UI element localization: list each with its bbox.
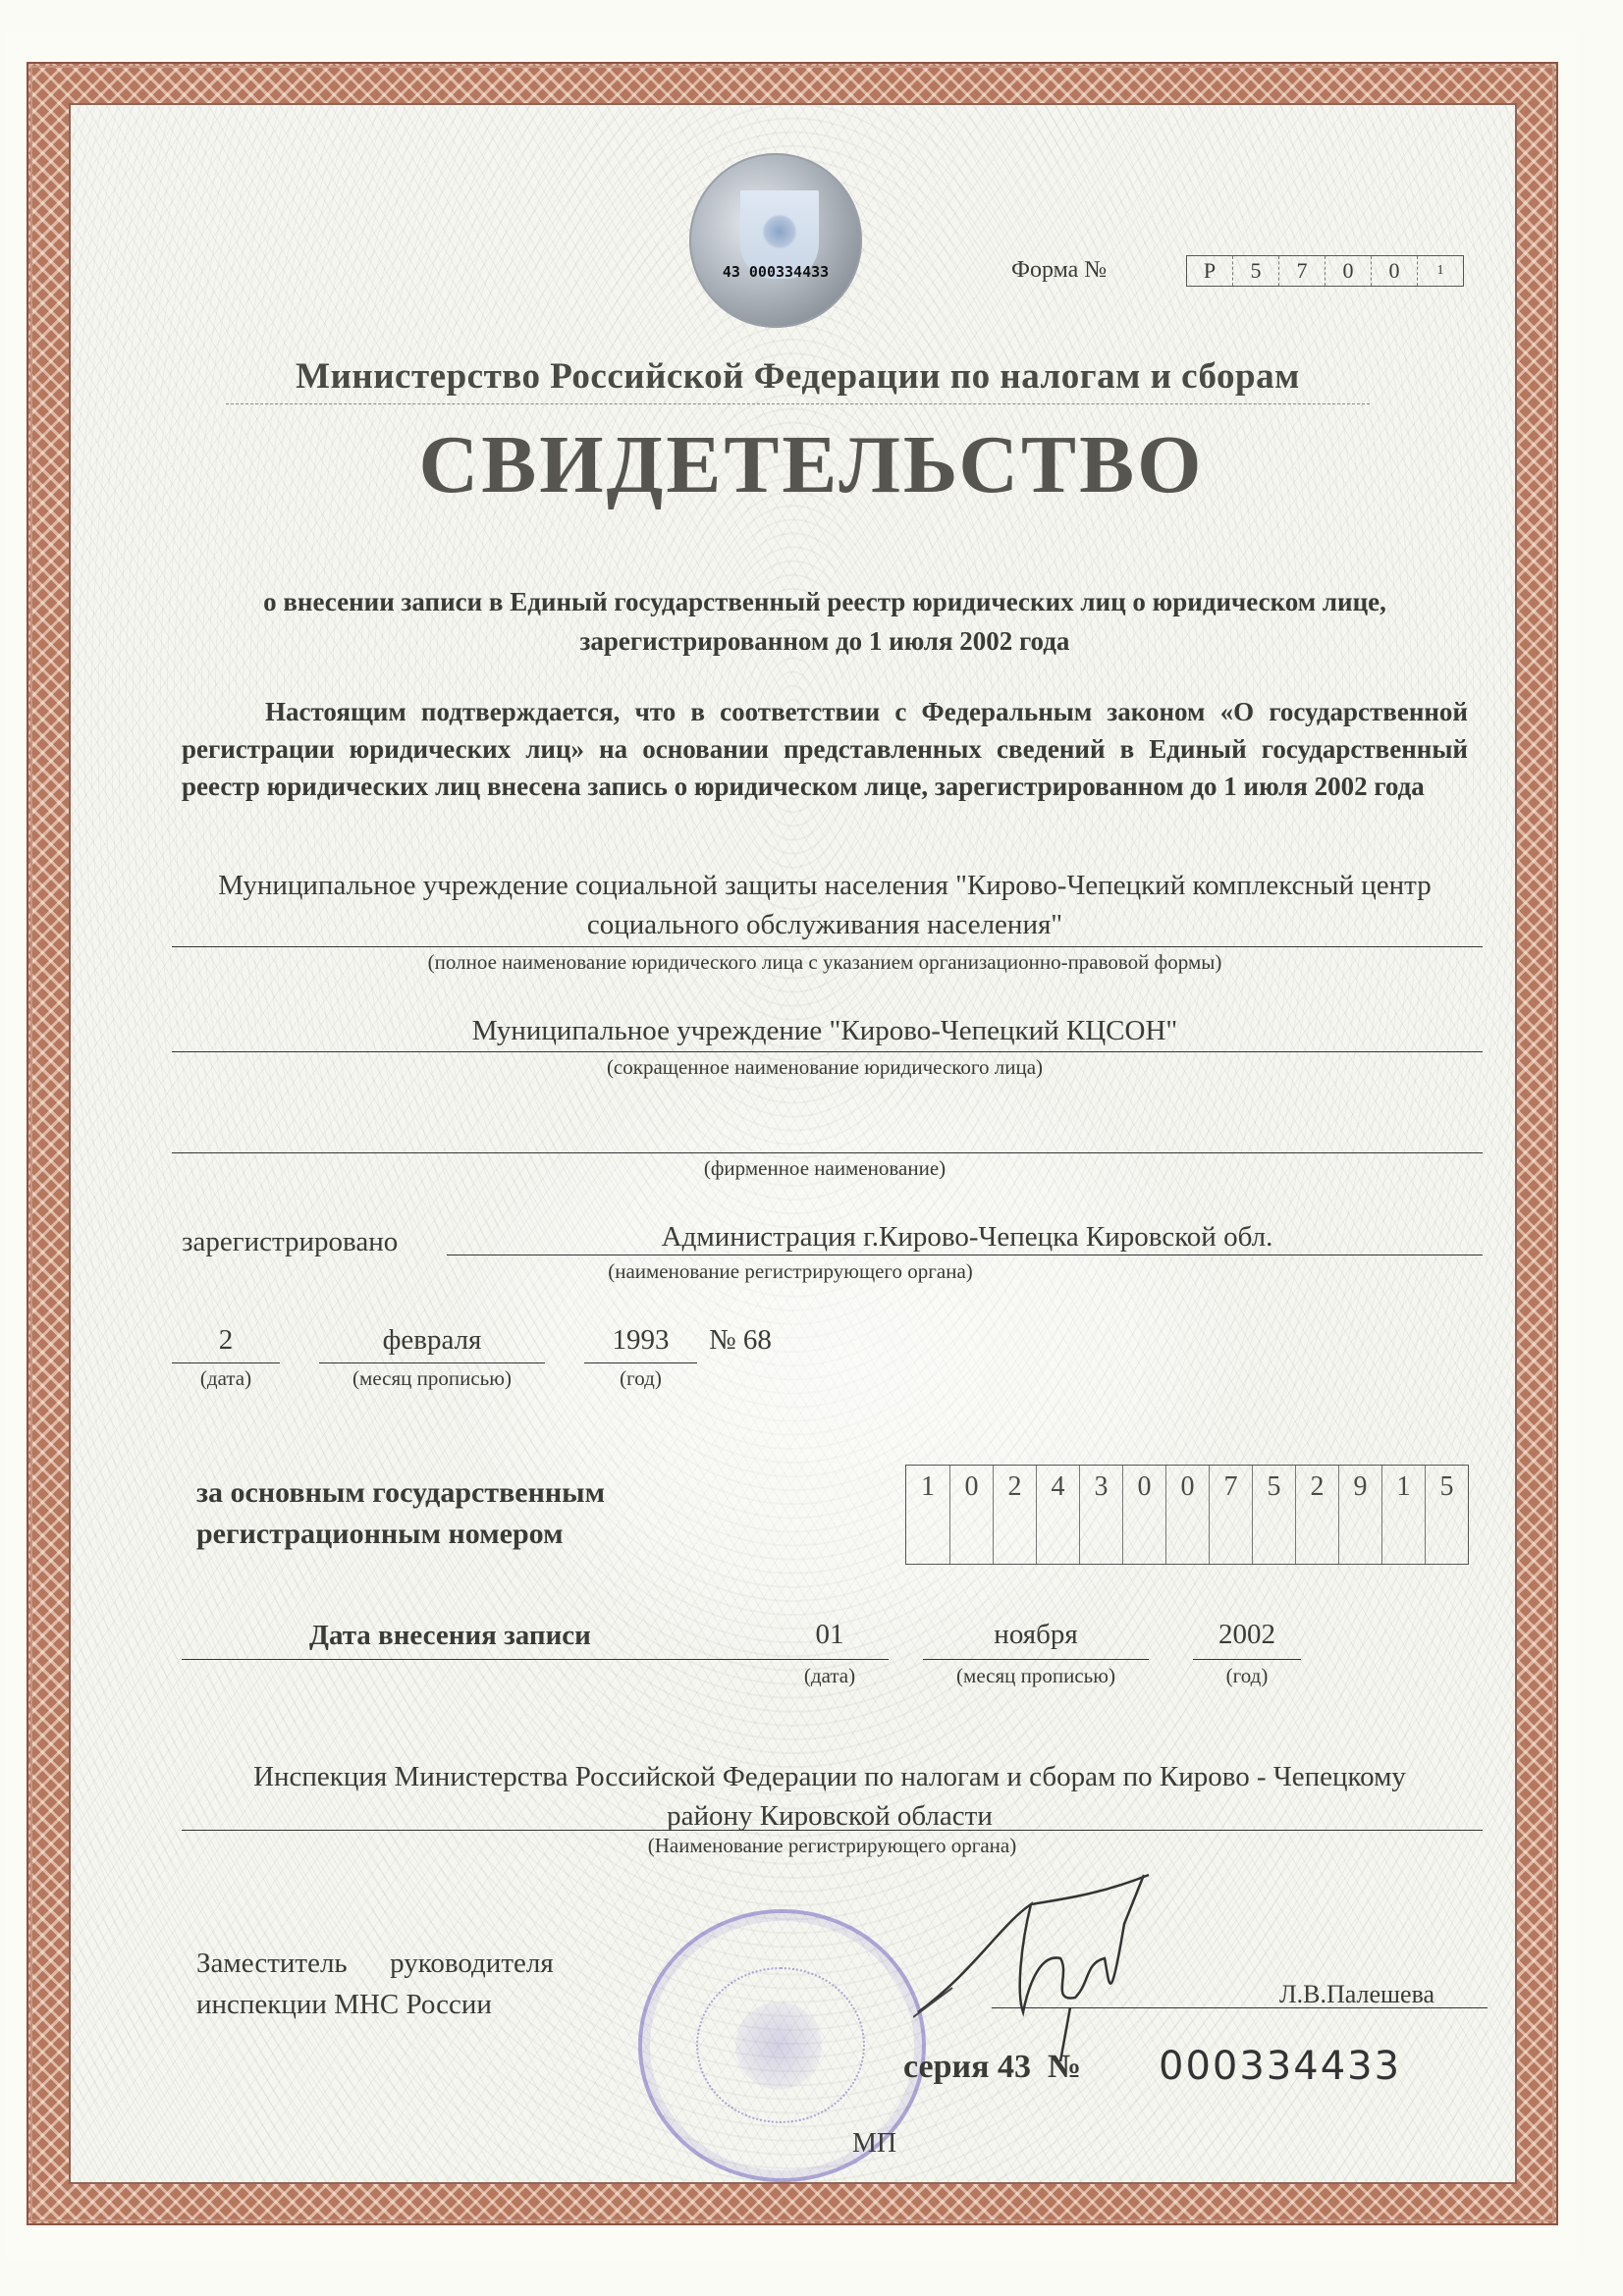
ogrn-digit: 2 bbox=[993, 1466, 1036, 1564]
entry-month-caption: (месяц прописью) bbox=[923, 1664, 1149, 1688]
reg-year-rule bbox=[584, 1362, 697, 1363]
ogrn-digit: 1 bbox=[1381, 1466, 1425, 1564]
full-name-rule bbox=[172, 946, 1483, 947]
inspection-authority-value: Инспекция Министерства Российской Федера… bbox=[241, 1757, 1419, 1836]
signatory-name: Л.В.Палешева bbox=[1279, 1975, 1434, 2014]
form-code-char: 5 bbox=[1232, 256, 1278, 286]
registered-label: зарегистрировано bbox=[182, 1222, 398, 1261]
form-code-char: 7 bbox=[1278, 256, 1325, 286]
series-label: серия 43 № bbox=[903, 2049, 1081, 2086]
ogrn-digit: 4 bbox=[1036, 1466, 1079, 1564]
ogrn-digit: 5 bbox=[1425, 1466, 1468, 1564]
entry-date-label-rule bbox=[182, 1659, 889, 1660]
form-number-box: Р 5 7 0 0 1 bbox=[1186, 255, 1464, 287]
ogrn-digit: 7 bbox=[1209, 1466, 1252, 1564]
series-number: 000334433 bbox=[1159, 2044, 1401, 2089]
reg-day-value: 2 bbox=[172, 1320, 280, 1360]
entry-year-caption: (год) bbox=[1193, 1664, 1301, 1688]
signature-rule bbox=[992, 2007, 1488, 2008]
brand-name-caption: (фирменное наименование) bbox=[172, 1156, 1478, 1181]
reg-day-caption: (дата) bbox=[172, 1366, 280, 1391]
inspection-authority-caption: (Наименование регистрирующего органа) bbox=[182, 1834, 1483, 1858]
short-name-rule bbox=[172, 1051, 1483, 1052]
ogrn-label: за основным государственным регистрацион… bbox=[196, 1472, 605, 1555]
entry-year-rule bbox=[1193, 1659, 1301, 1660]
form-number-label: Форма № bbox=[1011, 257, 1107, 284]
short-name-value: Муниципальное учреждение "Кирово-Чепецки… bbox=[172, 1011, 1478, 1050]
ogrn-number-box: 1 0 2 4 3 0 0 7 5 2 9 1 5 bbox=[905, 1465, 1469, 1565]
ogrn-digit: 0 bbox=[949, 1466, 993, 1564]
ogrn-label-line1: за основным государственным bbox=[196, 1472, 605, 1514]
signatory-position-line1: Заместитель руководителя bbox=[196, 1944, 554, 1983]
entry-month-value: ноября bbox=[923, 1615, 1149, 1654]
ogrn-digit: 2 bbox=[1295, 1466, 1338, 1564]
reg-number-value: № 68 bbox=[709, 1320, 772, 1360]
signatory-position-line2: инспекции МНС России bbox=[196, 1985, 492, 2024]
full-name-caption: (полное наименование юридического лица с… bbox=[172, 950, 1478, 975]
brand-name-rule bbox=[172, 1152, 1483, 1153]
registered-authority-rule bbox=[447, 1255, 1483, 1255]
ogrn-digit: 3 bbox=[1079, 1466, 1122, 1564]
reg-month-caption: (месяц прописью) bbox=[319, 1366, 545, 1391]
ogrn-digit: 0 bbox=[1165, 1466, 1209, 1564]
seal-eagle-emblem-icon bbox=[735, 2002, 822, 2090]
entry-date-label: Дата внесения записи bbox=[309, 1620, 591, 1652]
certification-paragraph: Настоящим подтверждается, что в соответс… bbox=[182, 693, 1468, 805]
watermark-eagle bbox=[444, 1047, 1249, 1676]
entry-day-caption: (дата) bbox=[771, 1664, 889, 1688]
reg-month-value: февраля bbox=[319, 1320, 545, 1360]
handwritten-signature bbox=[913, 1865, 1188, 2061]
registered-authority-value: Администрация г.Кирово-Чепецка Кировской… bbox=[452, 1217, 1483, 1256]
short-name-caption: (сокращенное наименование юридического л… bbox=[172, 1055, 1478, 1080]
ogrn-label-line2: регистрационным номером bbox=[196, 1514, 605, 1555]
entry-month-rule bbox=[923, 1659, 1149, 1660]
form-code-char: Р bbox=[1187, 256, 1232, 286]
entry-day-value: 01 bbox=[771, 1615, 889, 1654]
form-code-char: 0 bbox=[1325, 256, 1371, 286]
full-name-value: Муниципальное учреждение социальной защи… bbox=[172, 866, 1478, 944]
ministry-heading: Министерство Российской Федерации по нал… bbox=[226, 355, 1370, 404]
entry-year-value: 2002 bbox=[1193, 1615, 1301, 1654]
ogrn-digit: 5 bbox=[1252, 1466, 1295, 1564]
reg-day-rule bbox=[172, 1362, 280, 1363]
ogrn-digit: 1 bbox=[906, 1466, 949, 1564]
form-code-char: 0 bbox=[1371, 256, 1417, 286]
ogrn-digit: 9 bbox=[1338, 1466, 1381, 1564]
hologram-seal: 43 000334433 bbox=[689, 153, 862, 328]
inspection-authority-rule bbox=[182, 1830, 1483, 1831]
reg-year-value: 1993 bbox=[584, 1320, 697, 1360]
seal-place-mark: МП bbox=[852, 2128, 896, 2160]
registered-authority-caption: (наименование регистрирующего органа) bbox=[447, 1259, 1134, 1284]
eagle-emblem-icon bbox=[762, 214, 797, 249]
form-code-char: 1 bbox=[1417, 256, 1463, 286]
reg-month-rule bbox=[319, 1362, 545, 1363]
document-subtitle: о внесении записи в Единый государственн… bbox=[187, 582, 1463, 661]
reg-year-caption: (год) bbox=[584, 1366, 697, 1391]
document-title: СВИДЕТЕЛЬСТВО bbox=[0, 417, 1623, 512]
ogrn-digit: 0 bbox=[1122, 1466, 1165, 1564]
guilloche-background bbox=[69, 103, 1517, 2184]
hologram-number: 43 000334433 bbox=[689, 263, 862, 281]
